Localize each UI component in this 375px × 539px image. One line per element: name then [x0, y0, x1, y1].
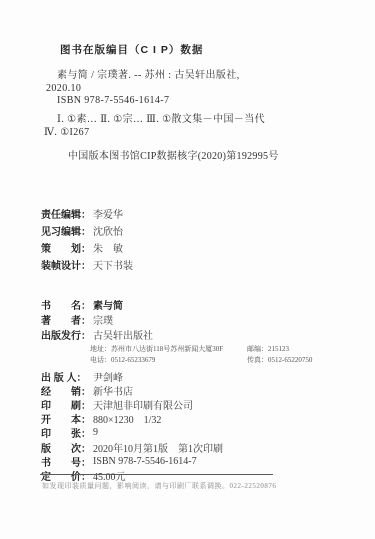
publisher-contact: 地址：苏州市八达街118号苏州新闻大厦30F 邮编：215123 电话：0512… [90, 344, 340, 366]
contact-line1: 地址：苏州市八达街118号苏州新闻大厦30F 邮编：215123 [90, 344, 340, 355]
staff-value: 天下书装 [93, 257, 133, 272]
cip-class-line2: Ⅳ. ①I267 [44, 127, 339, 140]
cip-class-line1: Ⅰ. ①素… Ⅱ. ①宗… Ⅲ. ①散文集－中国－当代 [44, 114, 339, 127]
pub-value-issuer: 尹剑峰 [93, 369, 123, 384]
publisher-address: 地址：苏州市八达街118号苏州新闻大厦30F [90, 344, 247, 355]
pub-label: 出版发行： [41, 327, 93, 342]
pub-row-issuer: 出 版 人： 尹剑峰 [41, 369, 341, 383]
cip-classification: Ⅰ. ①素… Ⅱ. ①宗… Ⅲ. ①散文集－中国－当代 Ⅳ. ①I267 [44, 114, 339, 139]
publisher-phone: 电话：0512-65233679 [90, 355, 247, 366]
pub-label: 印 张： [41, 425, 93, 440]
pub-value-author: 宗璞 [93, 312, 113, 327]
staff-label: 策 划： [41, 240, 93, 255]
staff-row: 见习编辑： 沈欣怡 [41, 222, 133, 239]
pub-label: 书 名： [41, 297, 93, 312]
pub-label: 经 销： [41, 383, 93, 398]
cip-record-number: 中国版本图书馆CIP数据核字(2020)第192995号 [68, 147, 279, 162]
staff-label: 见习编辑： [41, 223, 93, 238]
pub-row-isbn: 书 号： ISBN 978-7-5546-1614-7 [41, 454, 341, 468]
pub-row-title: 书 名： 素与简 [41, 297, 341, 312]
quality-notice: 如发现印装质量问题，影响阅读，请与印刷厂联系调换。022-22520876 [42, 481, 276, 491]
staff-label: 责任编辑： [41, 206, 93, 221]
pub-label: 出 版 人： [41, 369, 93, 384]
pub-row-author: 著 者： 宗璞 [41, 312, 341, 327]
pub-row-publisher: 出版发行： 古吴轩出版社 [41, 327, 341, 342]
pub-value-distributor: 新华书店 [93, 383, 133, 398]
cip-citation-line2: 2020.10 [46, 83, 336, 96]
pub-label: 著 者： [41, 312, 93, 327]
pub-value-isbn: ISBN 978-7-5546-1614-7 [93, 456, 197, 467]
staff-row: 策 划： 朱 敏 [41, 239, 133, 256]
copyright-page: 图书在版编目（C I P）数据 素与简 / 宗璞著. -- 苏州 : 古吴轩出版… [0, 0, 375, 539]
pub-value-edition: 2020年10月第1版 第1次印刷 [93, 440, 223, 455]
footer-divider [40, 474, 273, 475]
pub-value-printer: 天津旭非印刷有限公司 [93, 397, 193, 412]
staff-value: 李爱华 [93, 206, 123, 221]
pub-row-format: 开 本： 880×1230 1/32 [41, 412, 341, 426]
staff-row: 装帧设计： 天下书装 [41, 256, 133, 273]
cip-isbn-line: ISBN 978-7-5546-1614-7 [46, 95, 336, 108]
pub-row-sheets: 印 张： 9 [41, 426, 341, 440]
cip-citation: 素与简 / 宗璞著. -- 苏州 : 古吴轩出版社, 2020.10 ISBN … [46, 70, 336, 108]
staff-value: 朱 敏 [93, 240, 123, 255]
pub-value-book-title: 素与简 [93, 297, 123, 312]
staff-value: 沈欣怡 [93, 223, 123, 238]
staff-label: 装帧设计： [41, 257, 93, 272]
pub-label: 书 号： [41, 454, 93, 469]
pub-label: 版 次： [41, 440, 93, 455]
pub-value-format: 880×1230 1/32 [93, 411, 161, 426]
pub-value-sheets: 9 [93, 427, 98, 438]
publisher-zip: 邮编：215123 [247, 344, 289, 355]
staff-credits: 责任编辑： 李爱华 见习编辑： 沈欣怡 策 划： 朱 敏 装帧设计： 天下书装 [41, 205, 133, 273]
cip-header: 图书在版编目（C I P）数据 [60, 42, 203, 57]
pub-row-distributor: 经 销： 新华书店 [41, 383, 341, 397]
publisher-fax: 传真：0512-65220750 [247, 355, 312, 366]
pub-label: 开 本： [41, 411, 93, 426]
pub-label: 印 刷： [41, 397, 93, 412]
staff-row: 责任编辑： 李爱华 [41, 205, 133, 222]
pub-value-publisher: 古吴轩出版社 [93, 327, 153, 342]
publication-info: 书 名： 素与简 著 者： 宗璞 出版发行： 古吴轩出版社 地址：苏州市八达街1… [41, 297, 341, 483]
pub-row-printer: 印 刷： 天津旭非印刷有限公司 [41, 397, 341, 411]
contact-line2: 电话：0512-65233679 传真：0512-65220750 [90, 355, 340, 366]
cip-citation-line1: 素与简 / 宗璞著. -- 苏州 : 古吴轩出版社, [46, 70, 336, 83]
pub-row-edition: 版 次： 2020年10月第1版 第1次印刷 [41, 440, 341, 454]
